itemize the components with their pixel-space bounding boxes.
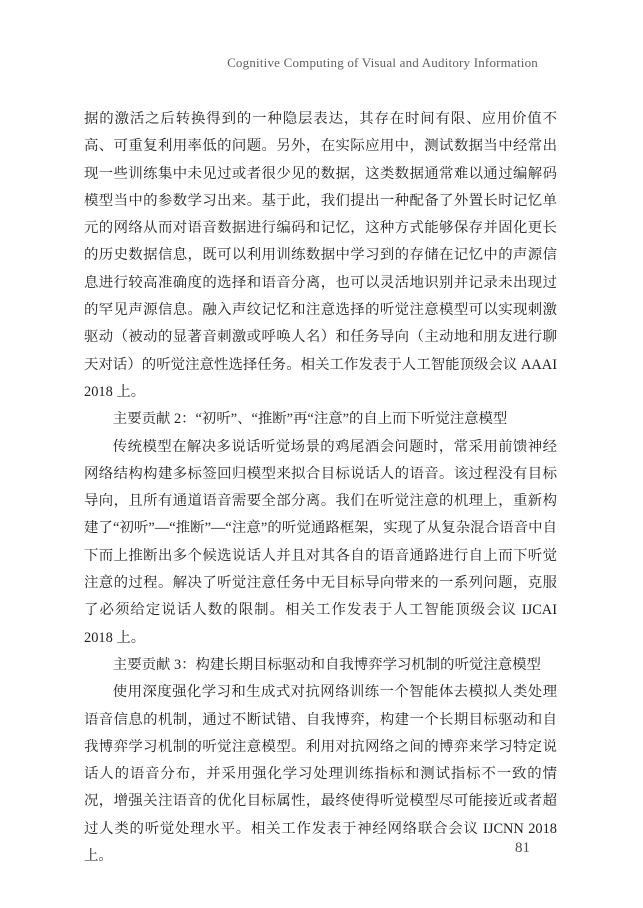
running-header-title: Cognitive Computing of Visual and Audito… (227, 55, 538, 70)
contribution-2-heading: 主要贡献 2：“初听”、“推断”再“注意”的自上而下听觉注意模型 (84, 406, 557, 433)
paragraph-continuation: 据的激活之后转换得到的一种隐层表达，其存在时间有限、应用价值不高、可重复利用率低… (84, 106, 557, 406)
page-number: 81 (515, 840, 530, 857)
contribution-3-heading: 主要贡献 3：构建长期目标驱动和自我博弈学习机制的听觉注意模型 (84, 652, 557, 679)
running-header: Cognitive Computing of Visual and Audito… (84, 55, 557, 71)
contribution-2-paragraph: 传统模型在解决多说话听觉场景的鸡尾酒会问题时，常采用前馈神经网络结构构建多标签回… (84, 434, 557, 652)
document-page: Cognitive Computing of Visual and Audito… (0, 0, 643, 908)
text-block: 据的激活之后转换得到的一种隐层表达，其存在时间有限、应用价值不高、可重复利用率低… (84, 106, 557, 870)
contribution-3-paragraph: 使用深度强化学习和生成式对抗网络训练一个智能体去模拟人类处理语音信息的机制，通过… (84, 679, 557, 870)
